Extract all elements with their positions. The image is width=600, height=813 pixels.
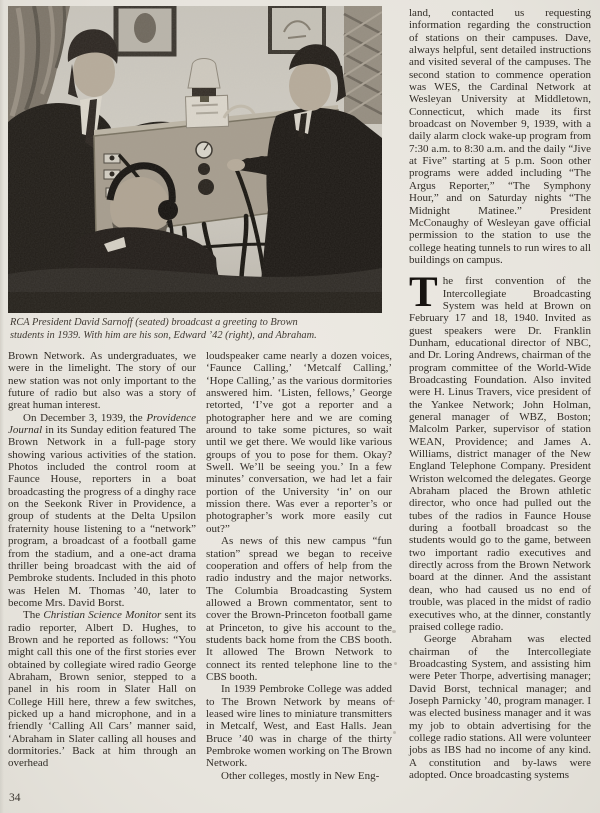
- scan-speck: [394, 662, 397, 665]
- page-number: 34: [9, 792, 21, 804]
- photo-illustration: [8, 6, 382, 313]
- text-run: George Abraham was elected chairman of t…: [409, 633, 591, 781]
- photo-caption: RCA President David Sarnoff (seated) bro…: [10, 317, 382, 343]
- photograph: [8, 6, 382, 313]
- text-run: he first convention of the Intercollegia…: [409, 275, 591, 633]
- text-column-left: Brown Network. As undergraduates, we wer…: [8, 350, 196, 770]
- paragraph: loudspeaker came nearly a dozen voices, …: [206, 350, 392, 535]
- paragraph: Brown Network. As undergraduates, we wer…: [8, 350, 196, 412]
- text-run: Other colleges, mostly in New Eng-: [221, 770, 379, 782]
- text-run: loudspeaker came nearly a dozen voices, …: [206, 350, 392, 535]
- scan-speck: [391, 700, 395, 702]
- paragraph: Other colleges, mostly in New Eng-: [206, 770, 392, 782]
- paragraph: The Christian Science Monitor sent its r…: [8, 609, 196, 769]
- text-run: The: [23, 609, 43, 621]
- paragraph: The first convention of the Intercollegi…: [409, 275, 591, 633]
- text-run: sent its radio reporter, Albert D. Hughe…: [8, 609, 196, 769]
- scan-edge-shade: [0, 0, 4, 813]
- paragraph: On December 3, 1939, the Providence Jour…: [8, 412, 196, 610]
- text-run: On December 3, 1939, the: [23, 412, 146, 424]
- text-run: Brown Network. As undergraduates, we wer…: [8, 350, 196, 411]
- paragraph: In 1939 Pembroke College was added to Th…: [206, 683, 392, 769]
- text-run: in its Sunday edition featured The Brown…: [8, 424, 196, 609]
- text-run: As news of this new campus “fun station”…: [206, 535, 392, 683]
- book-page: RCA President David Sarnoff (seated) bro…: [0, 0, 600, 813]
- scan-speck: [392, 630, 396, 633]
- scan-speck: [393, 731, 396, 734]
- paragraph: George Abraham was elected chairman of t…: [409, 633, 591, 781]
- text-run: land, contacted us requesting informatio…: [409, 7, 591, 266]
- text-column-middle: loudspeaker came nearly a dozen voices, …: [206, 350, 392, 782]
- text-run: In 1939 Pembroke College was added to Th…: [206, 683, 392, 769]
- text-column-right: land, contacted us requesting informatio…: [409, 7, 591, 781]
- paragraph: land, contacted us requesting informatio…: [409, 7, 591, 266]
- photo-caption-line-2: students in 1939. With him are his son, …: [10, 330, 382, 343]
- photo-caption-line-1: RCA President David Sarnoff (seated) bro…: [10, 317, 382, 330]
- italic-text-run: Christian Science Monitor: [43, 609, 161, 621]
- drop-cap: T: [409, 275, 443, 311]
- paragraph: As news of this new campus “fun station”…: [206, 535, 392, 683]
